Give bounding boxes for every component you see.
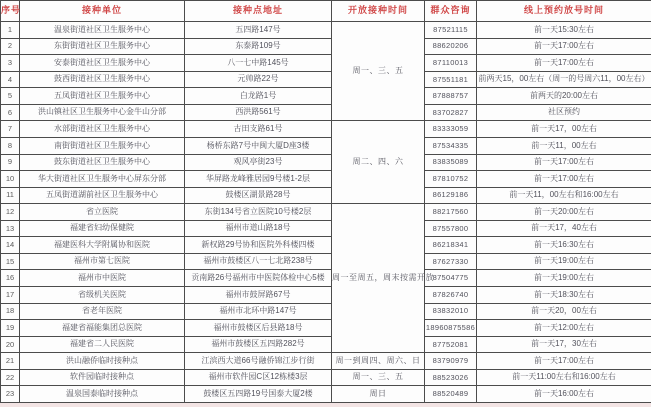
cell-consult-phone: 83333059 <box>425 121 477 138</box>
cell-address: 西洪路561号 <box>185 104 332 121</box>
cell-consult-phone: 83835089 <box>425 154 477 171</box>
table-row: 18省老年医院福州市北环中路147号83832010前一天20，00左右 <box>1 303 651 320</box>
cell-unit-name: 温泉国泰临时接种点 <box>20 386 185 403</box>
cell-open-time: 周一、三、五 <box>332 369 425 386</box>
table-row: 20福建省二人民医院福州市鼓楼区五四路282号87752081前一天17，30左… <box>1 336 651 353</box>
cell-unit-name: 五凤街道社区卫生服务中心 <box>20 88 185 105</box>
cell-unit-name: 安泰街道社区卫生服务中心 <box>20 55 185 72</box>
cell-serial-number: 3 <box>1 55 20 72</box>
cell-address: 元帅路22号 <box>185 71 332 88</box>
cell-serial-number: 7 <box>1 121 20 138</box>
cell-consult-phone: 87110013 <box>425 55 477 72</box>
col-header-serial: 序号 <box>1 1 20 22</box>
cell-unit-name: 省级机关医院 <box>20 287 185 304</box>
cell-serial-number: 17 <box>1 287 20 304</box>
cell-release-time: 前一天11，00左右 <box>477 137 651 154</box>
cell-release-time: 前一天17，30左右 <box>477 336 651 353</box>
cell-unit-name: 华大街道社区卫生服务中心屏东分部 <box>20 171 185 188</box>
table-row: 11五凤街道湖前社区卫生服务中心鼓楼区湖景路28号86129186前一天11，0… <box>1 187 651 204</box>
cell-address: 江滨西大道66号融侨锦江步行街 <box>185 353 332 370</box>
cell-consult-phone: 87627330 <box>425 253 477 270</box>
cell-consult-phone: 88217560 <box>425 204 477 221</box>
cell-address: 东街134号省立医院10号楼2层 <box>185 204 332 221</box>
cell-release-time: 前一天18:30左右 <box>477 287 651 304</box>
cell-serial-number: 11 <box>1 187 20 204</box>
vaccination-sites-table: 序号 接种单位 接种点地址 开放接种时间 群众咨询 线上预约放号时间 1温泉街道… <box>0 0 651 403</box>
table-row: 19福建省福能集团总医院福州市鼓楼区后县路18号18960875586前一天12… <box>1 320 651 337</box>
cell-address: 福州市软件园C区12栋楼3层 <box>185 369 332 386</box>
cell-unit-name: 温泉街道社区卫生服务中心 <box>20 22 185 39</box>
cell-release-time: 前两天的20:00左右 <box>477 88 651 105</box>
cell-unit-name: 福州市中医院 <box>20 270 185 287</box>
cell-release-time: 前一天19:00左右 <box>477 270 651 287</box>
col-header-unit: 接种单位 <box>20 1 185 22</box>
cell-serial-number: 22 <box>1 369 20 386</box>
cell-unit-name: 福建医科大学附属协和医院 <box>20 237 185 254</box>
cell-serial-number: 14 <box>1 237 20 254</box>
cell-consult-phone: 86129186 <box>425 187 477 204</box>
cell-release-time: 前一天11，00左右和16:00左右 <box>477 187 651 204</box>
cell-serial-number: 8 <box>1 137 20 154</box>
table-row: 13福建省妇幼保健院福州市道山路18号87557800前一天17，40左右 <box>1 220 651 237</box>
cell-address: 福州市北环中路147号 <box>185 303 332 320</box>
cell-release-time: 社区预约 <box>477 104 651 121</box>
cell-serial-number: 19 <box>1 320 20 337</box>
cell-consult-phone: 83832010 <box>425 303 477 320</box>
cell-release-time: 前一天20:00左右 <box>477 204 651 221</box>
cell-consult-phone: 87557800 <box>425 220 477 237</box>
cell-serial-number: 23 <box>1 386 20 403</box>
cell-serial-number: 18 <box>1 303 20 320</box>
col-header-address: 接种点地址 <box>185 1 332 22</box>
table-header-row: 序号 接种单位 接种点地址 开放接种时间 群众咨询 线上预约放号时间 <box>1 1 651 22</box>
cell-address: 鼓楼区五四路19号国泰大厦2楼 <box>185 386 332 403</box>
cell-address: 五四路147号 <box>185 22 332 39</box>
cell-address: 福州市鼓楼区后县路18号 <box>185 320 332 337</box>
table-row: 8南街街道社区卫生服务中心杨桥东路7号中闽大厦D座3楼87534335前一天11… <box>1 137 651 154</box>
table-row: 2东街街道社区卫生服务中心东泰路109号88620206前一天17:00左右 <box>1 38 651 55</box>
table-row: 1温泉街道社区卫生服务中心五四路147号周一、三、五87521115前一天15:… <box>1 22 651 39</box>
table-row: 4鼓西街道社区卫生服务中心元帅路22号87551181前两天15，00左右（周一… <box>1 71 651 88</box>
cell-release-time: 前两天15，00左右（周一的号周六11，00左右） <box>477 71 651 88</box>
cell-open-time: 周二、四、六 <box>332 121 425 204</box>
cell-serial-number: 6 <box>1 104 20 121</box>
table-row: 5五凤街道社区卫生服务中心白龙路1号87888757前两天的20:00左右 <box>1 88 651 105</box>
cell-address: 古田支路61号 <box>185 121 332 138</box>
cell-release-time: 前一天17:00左右 <box>477 171 651 188</box>
cell-open-time: 周一至周五，周末按需开放 <box>332 204 425 353</box>
table-row: 9鼓东街道社区卫生服务中心观风亭街23号83835089前一天17:00左右 <box>1 154 651 171</box>
cell-unit-name: 鼓东街道社区卫生服务中心 <box>20 154 185 171</box>
cell-address: 福州市鼓屏路67号 <box>185 287 332 304</box>
cell-serial-number: 12 <box>1 204 20 221</box>
cell-consult-phone: 83790979 <box>425 353 477 370</box>
table-row: 12省立医院东街134号省立医院10号楼2层周一至周五，周末按需开放882175… <box>1 204 651 221</box>
cell-address: 福州市鼓楼区八一七北路238号 <box>185 253 332 270</box>
cell-consult-phone: 87752081 <box>425 336 477 353</box>
cell-serial-number: 2 <box>1 38 20 55</box>
table-row: 6洪山镇社区卫生服务中心金牛山分部西洪路561号83702827社区预约 <box>1 104 651 121</box>
cell-consult-phone: 87888757 <box>425 88 477 105</box>
cell-release-time: 前一天17:00左右 <box>477 38 651 55</box>
cell-unit-name: 南街街道社区卫生服务中心 <box>20 137 185 154</box>
cell-serial-number: 5 <box>1 88 20 105</box>
cell-open-time: 周日 <box>332 386 425 403</box>
cell-serial-number: 16 <box>1 270 20 287</box>
table-row: 14福建医科大学附属协和医院新权路29号协和医院外科楼四楼86218341前一天… <box>1 237 651 254</box>
cell-address: 杨桥东路7号中闽大厦D座3楼 <box>185 137 332 154</box>
cell-consult-phone: 87521115 <box>425 22 477 39</box>
cell-unit-name: 省老年医院 <box>20 303 185 320</box>
cell-address: 白龙路1号 <box>185 88 332 105</box>
cell-unit-name: 福州市第七医院 <box>20 253 185 270</box>
cell-serial-number: 15 <box>1 253 20 270</box>
cell-address: 观风亭街23号 <box>185 154 332 171</box>
cell-address: 八一七中路145号 <box>185 55 332 72</box>
cell-release-time: 前一天17:00左右 <box>477 55 651 72</box>
cell-consult-phone: 86218341 <box>425 237 477 254</box>
cell-consult-phone: 87504775 <box>425 270 477 287</box>
cell-consult-phone: 88523026 <box>425 369 477 386</box>
cell-address: 贡南路26号福州市中医院体检中心5楼 <box>185 270 332 287</box>
cell-consult-phone: 18960875586 <box>425 320 477 337</box>
cell-consult-phone: 87810752 <box>425 171 477 188</box>
cell-address: 福州市道山路18号 <box>185 220 332 237</box>
cell-unit-name: 东街街道社区卫生服务中心 <box>20 38 185 55</box>
col-header-release-time: 线上预约放号时间 <box>477 1 651 22</box>
cell-release-time: 前一天17，00左右 <box>477 121 651 138</box>
cell-consult-phone: 88620206 <box>425 38 477 55</box>
cell-unit-name: 水部街道社区卫生服务中心 <box>20 121 185 138</box>
cell-serial-number: 1 <box>1 22 20 39</box>
cell-unit-name: 福建省妇幼保健院 <box>20 220 185 237</box>
vaccination-schedule-sheet: 序号 接种单位 接种点地址 开放接种时间 群众咨询 线上预约放号时间 1温泉街道… <box>0 0 651 404</box>
cell-consult-phone: 88520489 <box>425 386 477 403</box>
cell-open-time: 周一到周四、周六、日 <box>332 353 425 370</box>
cell-release-time: 前一天12:00左右 <box>477 320 651 337</box>
cell-unit-name: 五凤街道湖前社区卫生服务中心 <box>20 187 185 204</box>
cell-address: 新权路29号协和医院外科楼四楼 <box>185 237 332 254</box>
cell-unit-name: 洪山融侨临时接种点 <box>20 353 185 370</box>
table-row: 16福州市中医院贡南路26号福州市中医院体检中心5楼87504775前一天19:… <box>1 270 651 287</box>
cell-address: 福州市鼓楼区五四路282号 <box>185 336 332 353</box>
col-header-open-time: 开放接种时间 <box>332 1 425 22</box>
cell-unit-name: 省立医院 <box>20 204 185 221</box>
cell-serial-number: 4 <box>1 71 20 88</box>
table-row: 22软件园临时接种点福州市软件园C区12栋楼3层周一、三、五88523026前一… <box>1 369 651 386</box>
table-row: 15福州市第七医院福州市鼓楼区八一七北路238号87627330前一天19:00… <box>1 253 651 270</box>
cell-release-time: 前一天19:00左右 <box>477 253 651 270</box>
table-row: 23温泉国泰临时接种点鼓楼区五四路19号国泰大厦2楼周日88520489前一天1… <box>1 386 651 403</box>
cell-serial-number: 10 <box>1 171 20 188</box>
cell-release-time: 前一天16:30左右 <box>477 237 651 254</box>
cell-address: 鼓楼区湖景路28号 <box>185 187 332 204</box>
cell-serial-number: 13 <box>1 220 20 237</box>
cell-release-time: 前一天11:00左右和16:00左右 <box>477 369 651 386</box>
cell-consult-phone: 87551181 <box>425 71 477 88</box>
cell-consult-phone: 83702827 <box>425 104 477 121</box>
cell-serial-number: 20 <box>1 336 20 353</box>
cell-release-time: 前一天17:00左右 <box>477 154 651 171</box>
cell-serial-number: 21 <box>1 353 20 370</box>
table-row: 21洪山融侨临时接种点江滨西大道66号融侨锦江步行街周一到周四、周六、日8379… <box>1 353 651 370</box>
table-body: 1温泉街道社区卫生服务中心五四路147号周一、三、五87521115前一天15:… <box>1 22 651 403</box>
cell-release-time: 前一天16:00左右 <box>477 386 651 403</box>
cell-consult-phone: 87826740 <box>425 287 477 304</box>
col-header-consult-phone: 群众咨询 <box>425 1 477 22</box>
cell-unit-name: 软件园临时接种点 <box>20 369 185 386</box>
cell-address: 东泰路109号 <box>185 38 332 55</box>
cell-unit-name: 洪山镇社区卫生服务中心金牛山分部 <box>20 104 185 121</box>
table-row: 10华大街道社区卫生服务中心屏东分部华屏路龙峰雅居园9号楼1-2层8781075… <box>1 171 651 188</box>
cell-consult-phone: 87534335 <box>425 137 477 154</box>
cell-serial-number: 9 <box>1 154 20 171</box>
table-row: 7水部街道社区卫生服务中心古田支路61号周二、四、六83333059前一天17，… <box>1 121 651 138</box>
cell-release-time: 前一天17，40左右 <box>477 220 651 237</box>
table-row: 17省级机关医院福州市鼓屏路67号87826740前一天18:30左右 <box>1 287 651 304</box>
cell-release-time: 前一天15:30左右 <box>477 22 651 39</box>
table-row: 3安泰街道社区卫生服务中心八一七中路145号87110013前一天17:00左右 <box>1 55 651 72</box>
cell-address: 华屏路龙峰雅居园9号楼1-2层 <box>185 171 332 188</box>
cell-unit-name: 福建省二人民医院 <box>20 336 185 353</box>
cell-release-time: 前一天20，00左右 <box>477 303 651 320</box>
cell-unit-name: 福建省福能集团总医院 <box>20 320 185 337</box>
cell-unit-name: 鼓西街道社区卫生服务中心 <box>20 71 185 88</box>
cell-open-time: 周一、三、五 <box>332 22 425 121</box>
cell-release-time: 前一天17:00左右 <box>477 353 651 370</box>
